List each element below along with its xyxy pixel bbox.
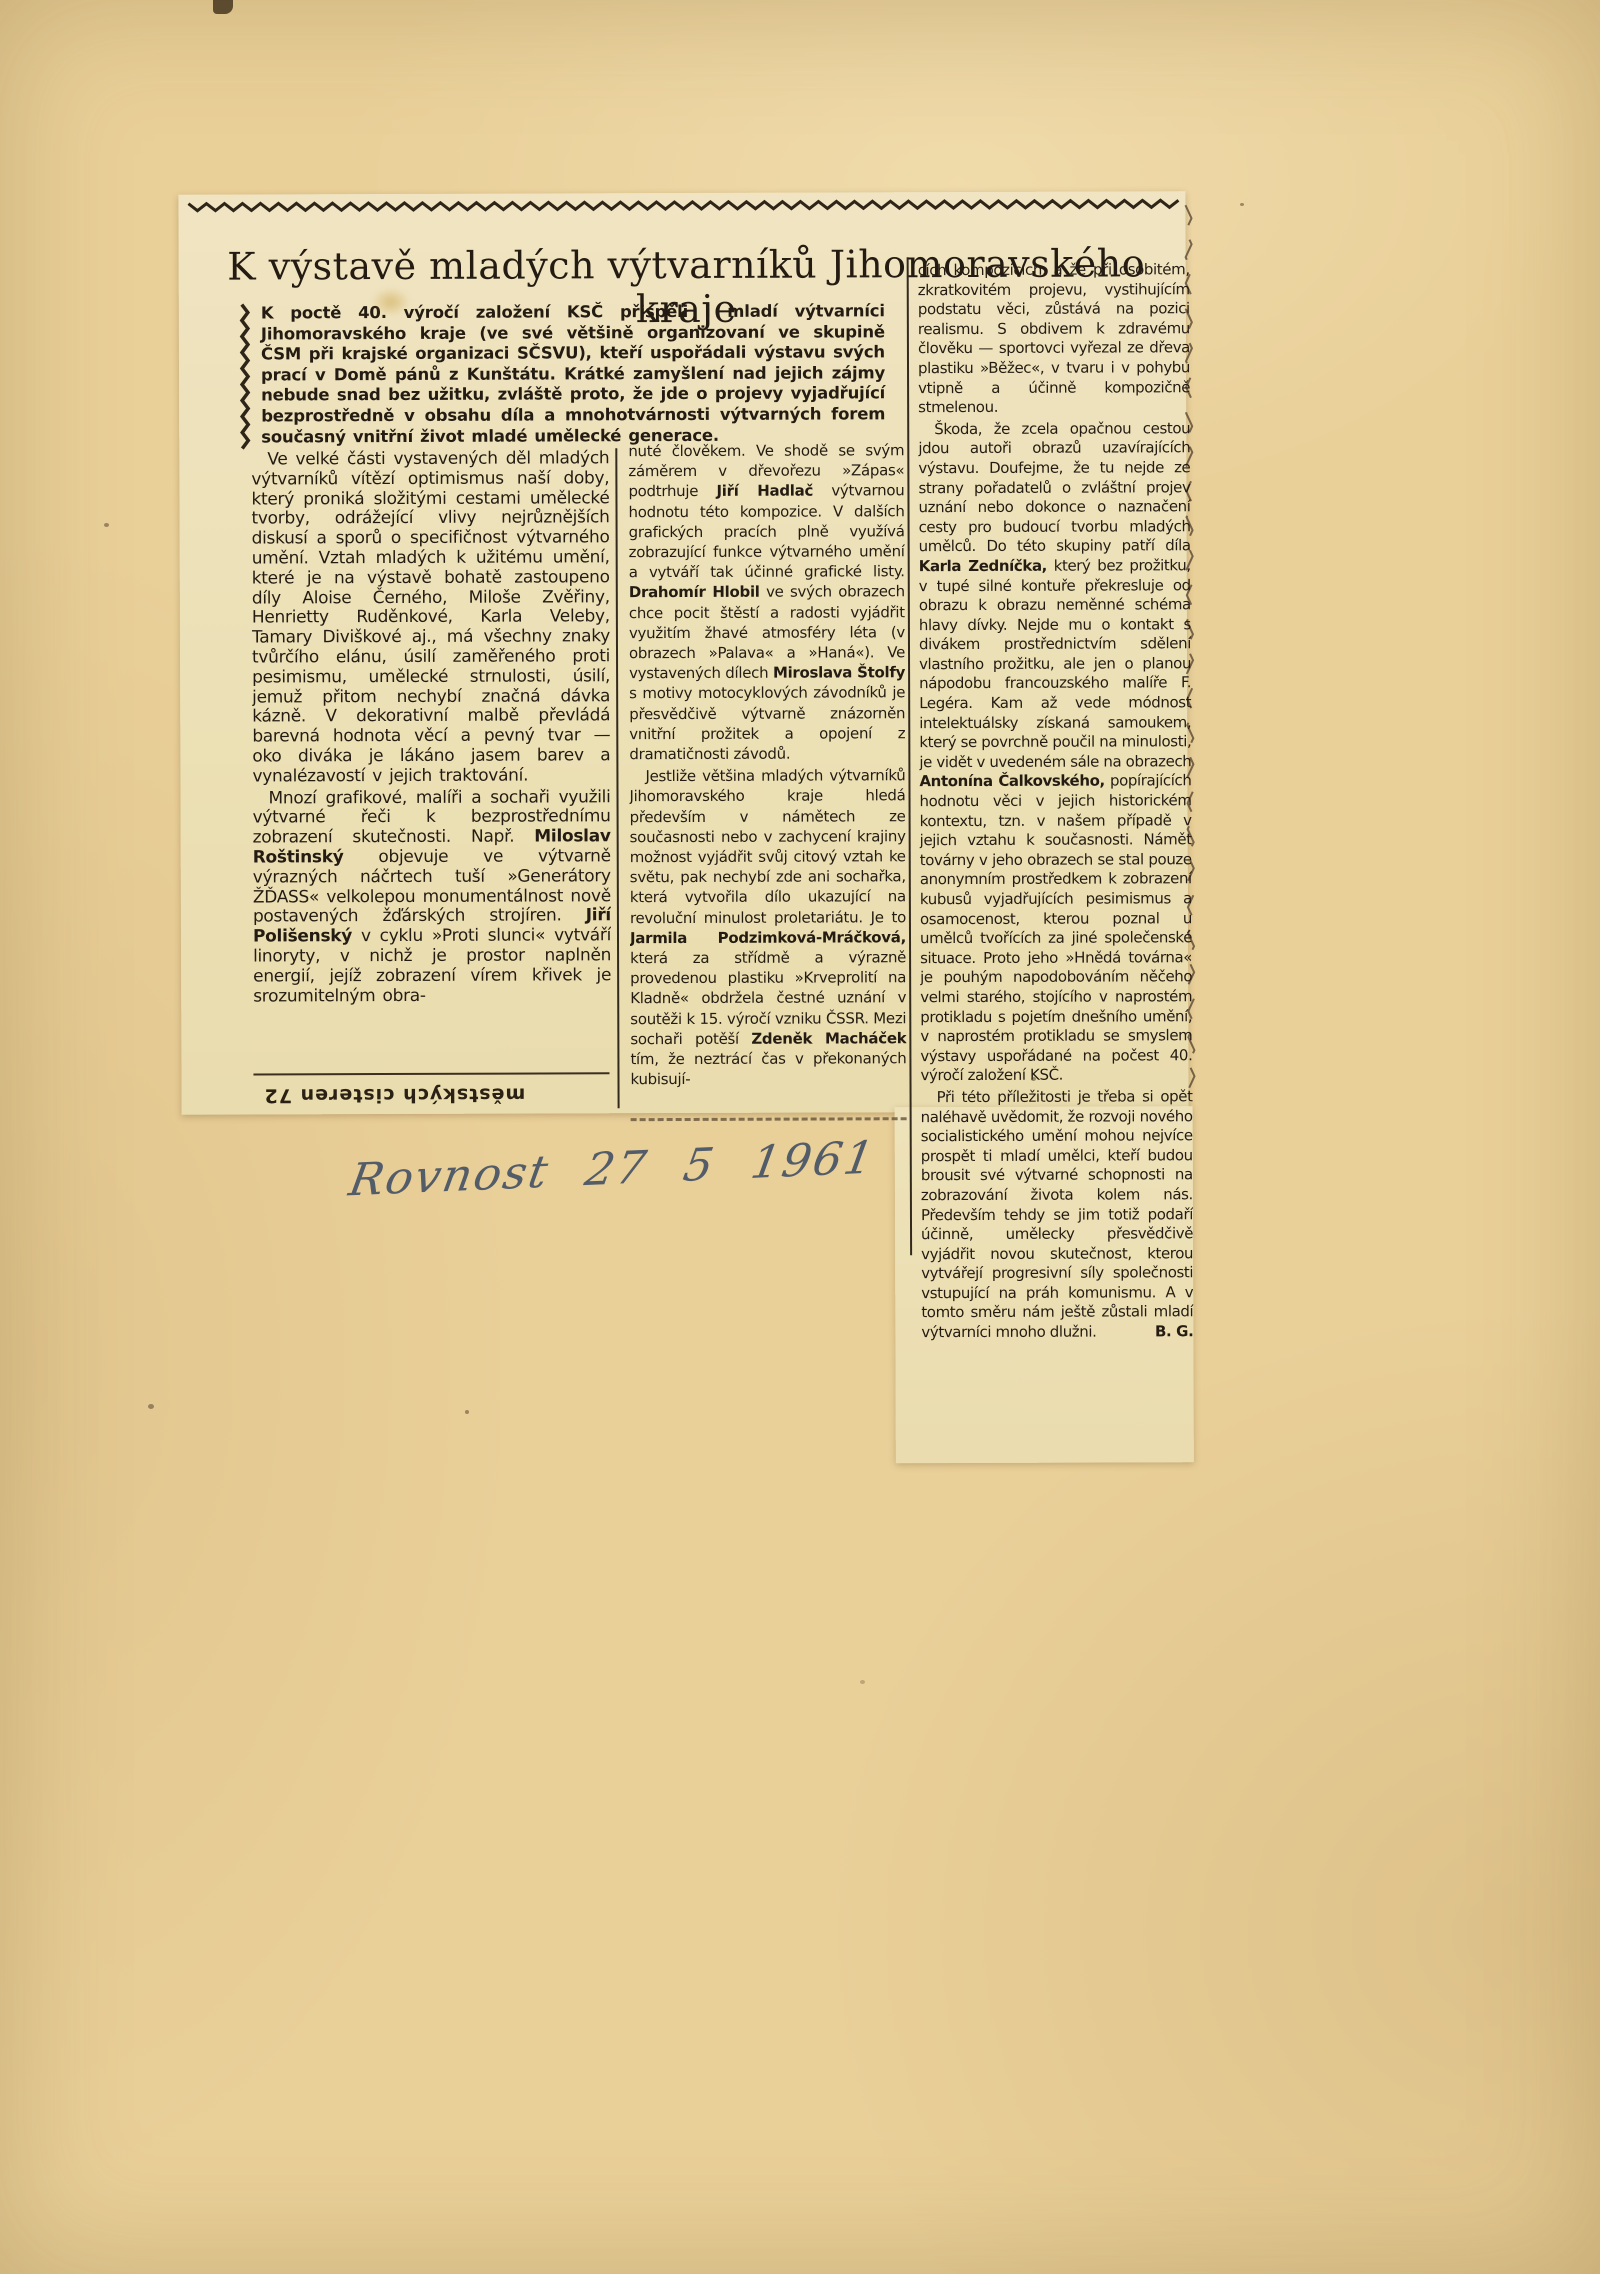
- speck: [465, 1410, 469, 1414]
- column-right: cích kompozicích, a že při osobitém, zkr…: [918, 260, 1194, 1451]
- article-paragraph: Ve velké části vystavených děl mladých v…: [251, 449, 610, 787]
- column-left: Ve velké části vystavených děl mladých v…: [251, 449, 611, 1072]
- speck: [148, 1404, 154, 1409]
- zigzag-left-border: [241, 304, 254, 452]
- speck: [104, 523, 109, 527]
- stain: [371, 287, 411, 317]
- article-paragraph: Při této příležitosti je třeba si opět n…: [921, 1087, 1194, 1343]
- article-paragraph: cích kompozicích, a že při osobitém, zkr…: [918, 260, 1191, 418]
- scanned-scrapbook-page: K výstavě mladých výtvarníků Jihomoravsk…: [0, 0, 1600, 2274]
- speck: [1031, 1077, 1036, 1081]
- article-lead: K poctě 40. výročí založení KSČ přispěli…: [261, 301, 885, 447]
- upside-down-fragment-text: městských cisteren 72: [253, 1074, 609, 1109]
- article-paragraph: Mnozí grafikové, malíři a sochaři využil…: [252, 788, 611, 1007]
- article-paragraph: Škoda, že zcela opačnou cestou jdou auto…: [918, 419, 1192, 1086]
- upside-down-fragment: městských cisteren 72: [253, 1072, 609, 1109]
- dashed-tear-line: [631, 1117, 907, 1121]
- speck: [860, 1680, 865, 1684]
- article-paragraph: Jestliže většina mladých výtvarníků Jiho…: [629, 765, 906, 1089]
- article-paragraph: nuté člověkem. Ve shodě se svým záměrem …: [628, 440, 905, 764]
- speck: [1240, 203, 1244, 206]
- column-middle: nuté člověkem. Ve shodě se svým záměrem …: [628, 440, 906, 1108]
- corner-chip: [213, 0, 233, 14]
